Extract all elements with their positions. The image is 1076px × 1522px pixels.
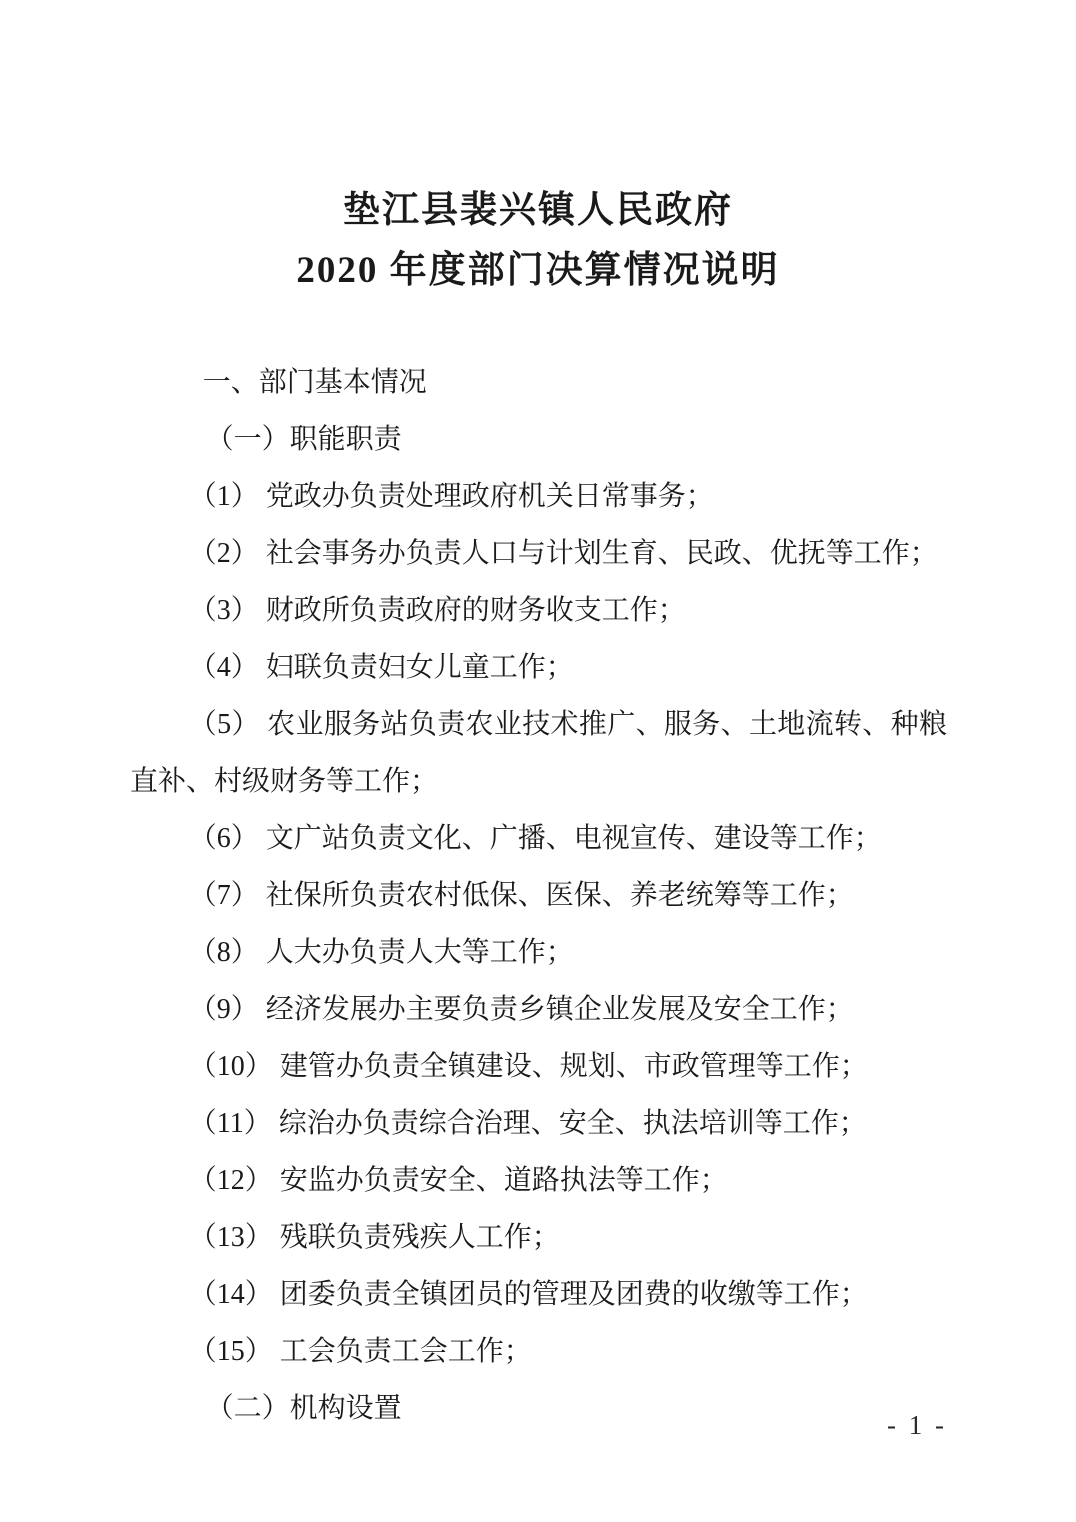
- subsection-heading-organization-setup: （二）机构设置: [130, 1380, 947, 1437]
- document-title: 垫江县裴兴镇人民政府 2020 年度部门决算情况说明: [0, 0, 1076, 301]
- duty-item-2: （2） 社会事务办负责人口与计划生育、民政、优抚等工作；: [130, 525, 947, 582]
- duty-item-8: （8） 人大办负责人大等工作；: [130, 924, 947, 981]
- document-title-line2: 2020 年度部门决算情况说明: [0, 241, 1076, 301]
- duty-item-5: （5） 农业服务站负责农业技术推广、服务、土地流转、种粮直补、村级财务等工作；: [130, 696, 947, 810]
- duty-item-1: （1） 党政办负责处理政府机关日常事务；: [130, 468, 947, 525]
- duty-item-13: （13） 残联负责残疾人工作；: [130, 1209, 947, 1266]
- duty-item-10: （10） 建管办负责全镇建设、规划、市政管理等工作；: [130, 1038, 947, 1095]
- document-page: 垫江县裴兴镇人民政府 2020 年度部门决算情况说明 一、部门基本情况 （一）职…: [0, 0, 1076, 1522]
- page-number: - 1 -: [887, 1408, 947, 1442]
- duty-item-12: （12） 安监办负责安全、道路执法等工作；: [130, 1152, 947, 1209]
- subsection-heading-duties: （一）职能职责: [130, 411, 947, 468]
- duty-item-14: （14） 团委负责全镇团员的管理及团费的收缴等工作；: [130, 1266, 947, 1323]
- section-heading-department-basic-info: 一、部门基本情况: [130, 354, 947, 411]
- duty-item-3: （3） 财政所负责政府的财务收支工作；: [130, 582, 947, 639]
- document-body: 一、部门基本情况 （一）职能职责 （1） 党政办负责处理政府机关日常事务； （2…: [130, 354, 947, 1437]
- duty-item-15: （15） 工会负责工会工作；: [130, 1323, 947, 1380]
- document-title-line1: 垫江县裴兴镇人民政府: [0, 181, 1076, 241]
- duty-item-4: （4） 妇联负责妇女儿童工作；: [130, 639, 947, 696]
- duty-item-7: （7） 社保所负责农村低保、医保、养老统筹等工作；: [130, 867, 947, 924]
- duty-item-6: （6） 文广站负责文化、广播、电视宣传、建设等工作；: [130, 810, 947, 867]
- duty-item-9: （9） 经济发展办主要负责乡镇企业发展及安全工作；: [130, 981, 947, 1038]
- duty-item-11: （11） 综治办负责综合治理、安全、执法培训等工作；: [130, 1095, 947, 1152]
